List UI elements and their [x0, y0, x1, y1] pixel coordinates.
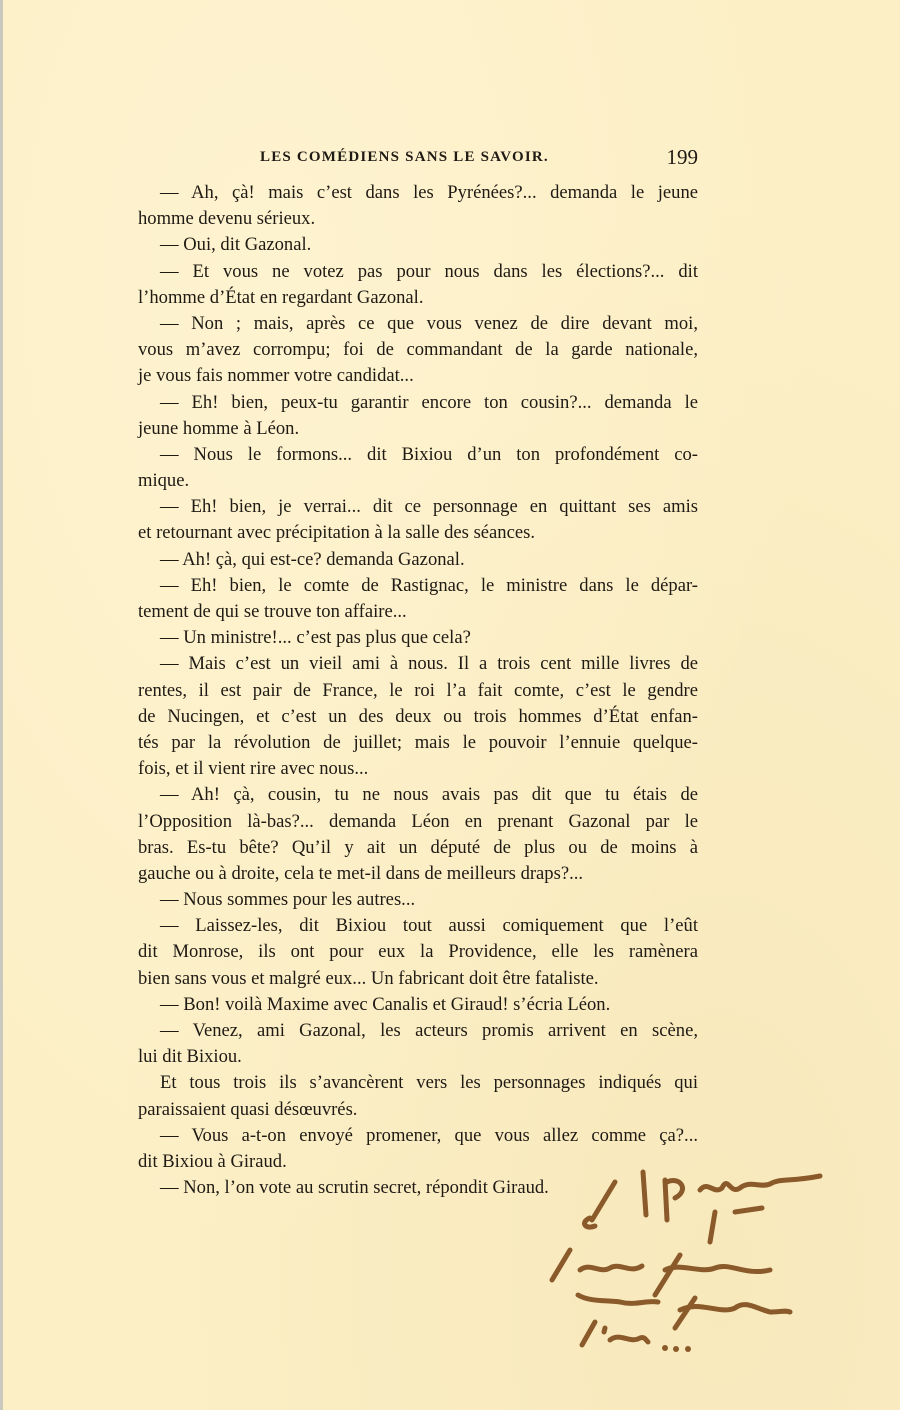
text-line: dit Monrose, ils ont pour eux la Provide… [138, 939, 698, 965]
text-line: — Eh! bien, peux-tu garantir encore ton … [138, 390, 698, 416]
text-line: l’Opposition là-bas?... demanda Léon en … [138, 809, 698, 835]
page-number: 199 [667, 145, 699, 170]
page-edge [0, 0, 3, 1410]
text-line: fois, et il vient rire avec nous... [138, 756, 698, 782]
text-line: homme devenu sérieux. [138, 206, 698, 232]
text-line: — Un ministre!... c’est pas plus que cel… [138, 625, 698, 651]
text-line: — Ah! çà, qui est-ce? demanda Gazonal. [138, 547, 698, 573]
text-line: je vous fais nommer votre candidat... [138, 363, 698, 389]
text-line: — Et vous ne votez pas pour nous dans le… [138, 259, 698, 285]
text-line: — Eh! bien, je verrai... dit ce personna… [138, 494, 698, 520]
text-line: bras. Es-tu bête? Qu’il y ait un député … [138, 835, 698, 861]
text-line: — Laissez-les, dit Bixiou tout aussi com… [138, 913, 698, 939]
text-line: Et tous trois ils s’avancèrent vers les … [138, 1070, 698, 1096]
text-line: mique. [138, 468, 698, 494]
running-header: LES COMÉDIENS SANS LE SAVOIR. 199 [138, 147, 700, 173]
text-line: jeune homme à Léon. [138, 416, 698, 442]
text-line: gauche ou à droite, cela te met-il dans … [138, 861, 698, 887]
handwriting-strokes [530, 1150, 850, 1370]
running-title: LES COMÉDIENS SANS LE SAVOIR. [260, 149, 549, 166]
body-text: — Ah, çà! mais c’est dans les Pyrénées?.… [138, 180, 698, 1201]
text-line: bien sans vous et malgré eux... Un fabri… [138, 966, 698, 992]
text-line: — Ah, çà! mais c’est dans les Pyrénées?.… [138, 180, 698, 206]
text-line: — Mais c’est un vieil ami à nous. Il a t… [138, 651, 698, 677]
text-line: et retournant avec précipitation à la sa… [138, 520, 698, 546]
text-line: — Nous le formons... dit Bixiou d’un ton… [138, 442, 698, 468]
text-line: tés par la révolution de juillet; mais l… [138, 730, 698, 756]
handwritten-annotation: et pendant que nous formons nous prendre… [530, 1150, 850, 1370]
text-line: — Vous a-t-on envoyé promener, que vous … [138, 1123, 698, 1149]
text-line: — Nous sommes pour les autres... [138, 887, 698, 913]
text-line: — Venez, ami Gazonal, les acteurs promis… [138, 1018, 698, 1044]
text-line: lui dit Bixiou. [138, 1044, 698, 1070]
text-line: — Bon! voilà Maxime avec Canalis et Gira… [138, 992, 698, 1018]
text-line: vous m’avez corrompu; foi de commandant … [138, 337, 698, 363]
text-line: paraissaient quasi désœuvrés. [138, 1097, 698, 1123]
text-line: — Oui, dit Gazonal. [138, 232, 698, 258]
text-line: l’homme d’État en regardant Gazonal. [138, 285, 698, 311]
text-line: tement de qui se trouve ton affaire... [138, 599, 698, 625]
text-line: rentes, il est pair de France, le roi l’… [138, 678, 698, 704]
text-line: — Eh! bien, le comte de Rastignac, le mi… [138, 573, 698, 599]
text-line: de Nucingen, et c’est un des deux ou tro… [138, 704, 698, 730]
text-line: — Ah! çà, cousin, tu ne nous avais pas d… [138, 782, 698, 808]
text-line: — Non ; mais, après ce que vous venez de… [138, 311, 698, 337]
